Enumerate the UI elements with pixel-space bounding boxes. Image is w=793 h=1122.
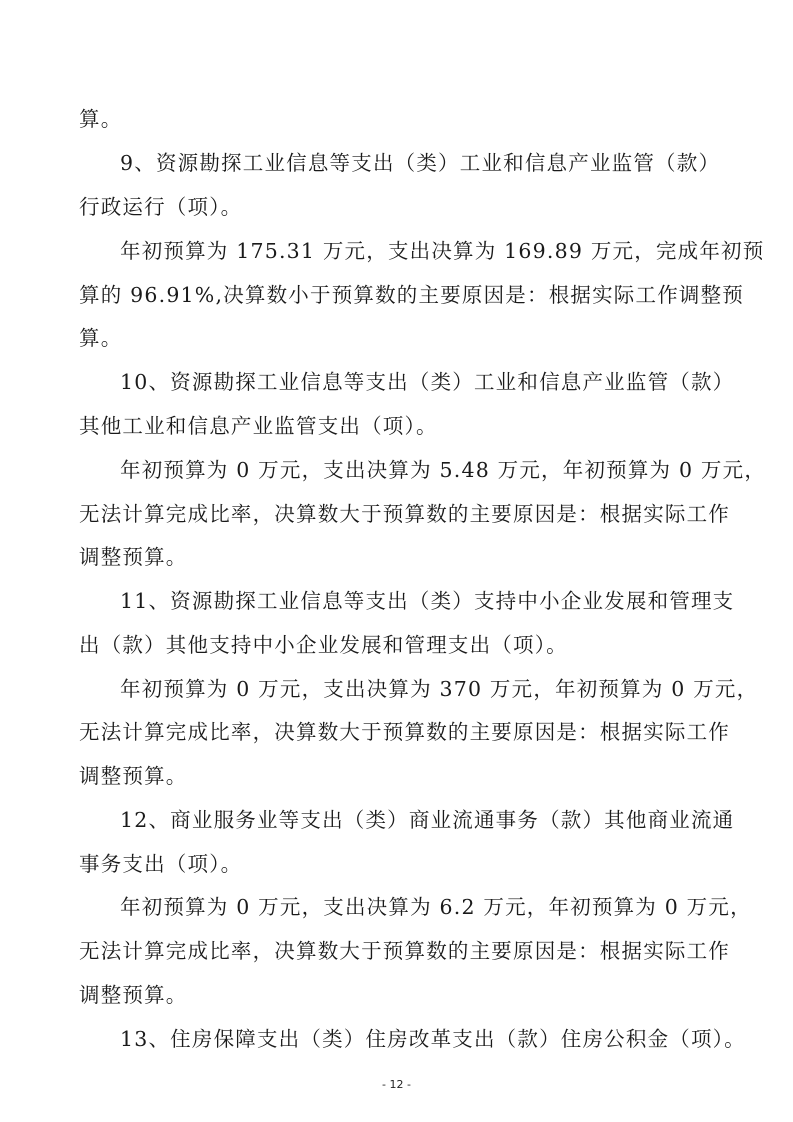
item-12-heading-cont: 事务支出（项）。 — [79, 851, 719, 877]
document-page: 算。 9、资源勘探工业信息等支出（类）工业和信息产业监管（款） 行政运行（项）。… — [0, 0, 793, 1122]
item-12-heading: 12、商业服务业等支出（类）商业流通事务（款）其他商业流通 — [120, 807, 760, 833]
item-11-body-end: 调整预算。 — [79, 763, 719, 789]
item-10-heading-cont: 其他工业和信息产业监管支出（项）。 — [79, 413, 719, 439]
item-12-body: 年初预算为 0 万元，支出决算为 6.2 万元，年初预算为 0 万元， — [120, 894, 760, 920]
item-12-body-cont: 无法计算完成比率，决算数大于预算数的主要原因是：根据实际工作 — [79, 938, 719, 964]
item-13-heading: 13、住房保障支出（类）住房改革支出（款）住房公积金（项）。 — [120, 1026, 760, 1052]
item-11-body: 年初预算为 0 万元，支出决算为 370 万元，年初预算为 0 万元， — [120, 676, 760, 702]
item-10-body-cont: 无法计算完成比率，决算数大于预算数的主要原因是：根据实际工作 — [79, 501, 719, 527]
item-12-body-end: 调整预算。 — [79, 982, 719, 1008]
item-11-body-cont: 无法计算完成比率，决算数大于预算数的主要原因是：根据实际工作 — [79, 719, 719, 745]
item-9-body-cont: 算的 96.91%,决算数小于预算数的主要原因是：根据实际工作调整预 — [79, 282, 719, 308]
item-9-body: 年初预算为 175.31 万元，支出决算为 169.89 万元，完成年初预 — [120, 238, 760, 264]
item-10-body-end: 调整预算。 — [79, 544, 719, 570]
item-10-heading: 10、资源勘探工业信息等支出（类）工业和信息产业监管（款） — [120, 369, 760, 395]
page-number: - 12 - — [0, 1078, 793, 1091]
item-9-heading-cont: 行政运行（项）。 — [79, 194, 719, 220]
item-11-heading: 11、资源勘探工业信息等支出（类）支持中小企业发展和管理支 — [120, 588, 760, 614]
text-line: 算。 — [79, 106, 719, 132]
item-11-heading-cont: 出（款）其他支持中小企业发展和管理支出（项）。 — [79, 632, 719, 658]
item-9-body-end: 算。 — [79, 325, 719, 351]
item-10-body: 年初预算为 0 万元，支出决算为 5.48 万元，年初预算为 0 万元， — [120, 457, 760, 483]
item-9-heading: 9、资源勘探工业信息等支出（类）工业和信息产业监管（款） — [120, 150, 760, 176]
